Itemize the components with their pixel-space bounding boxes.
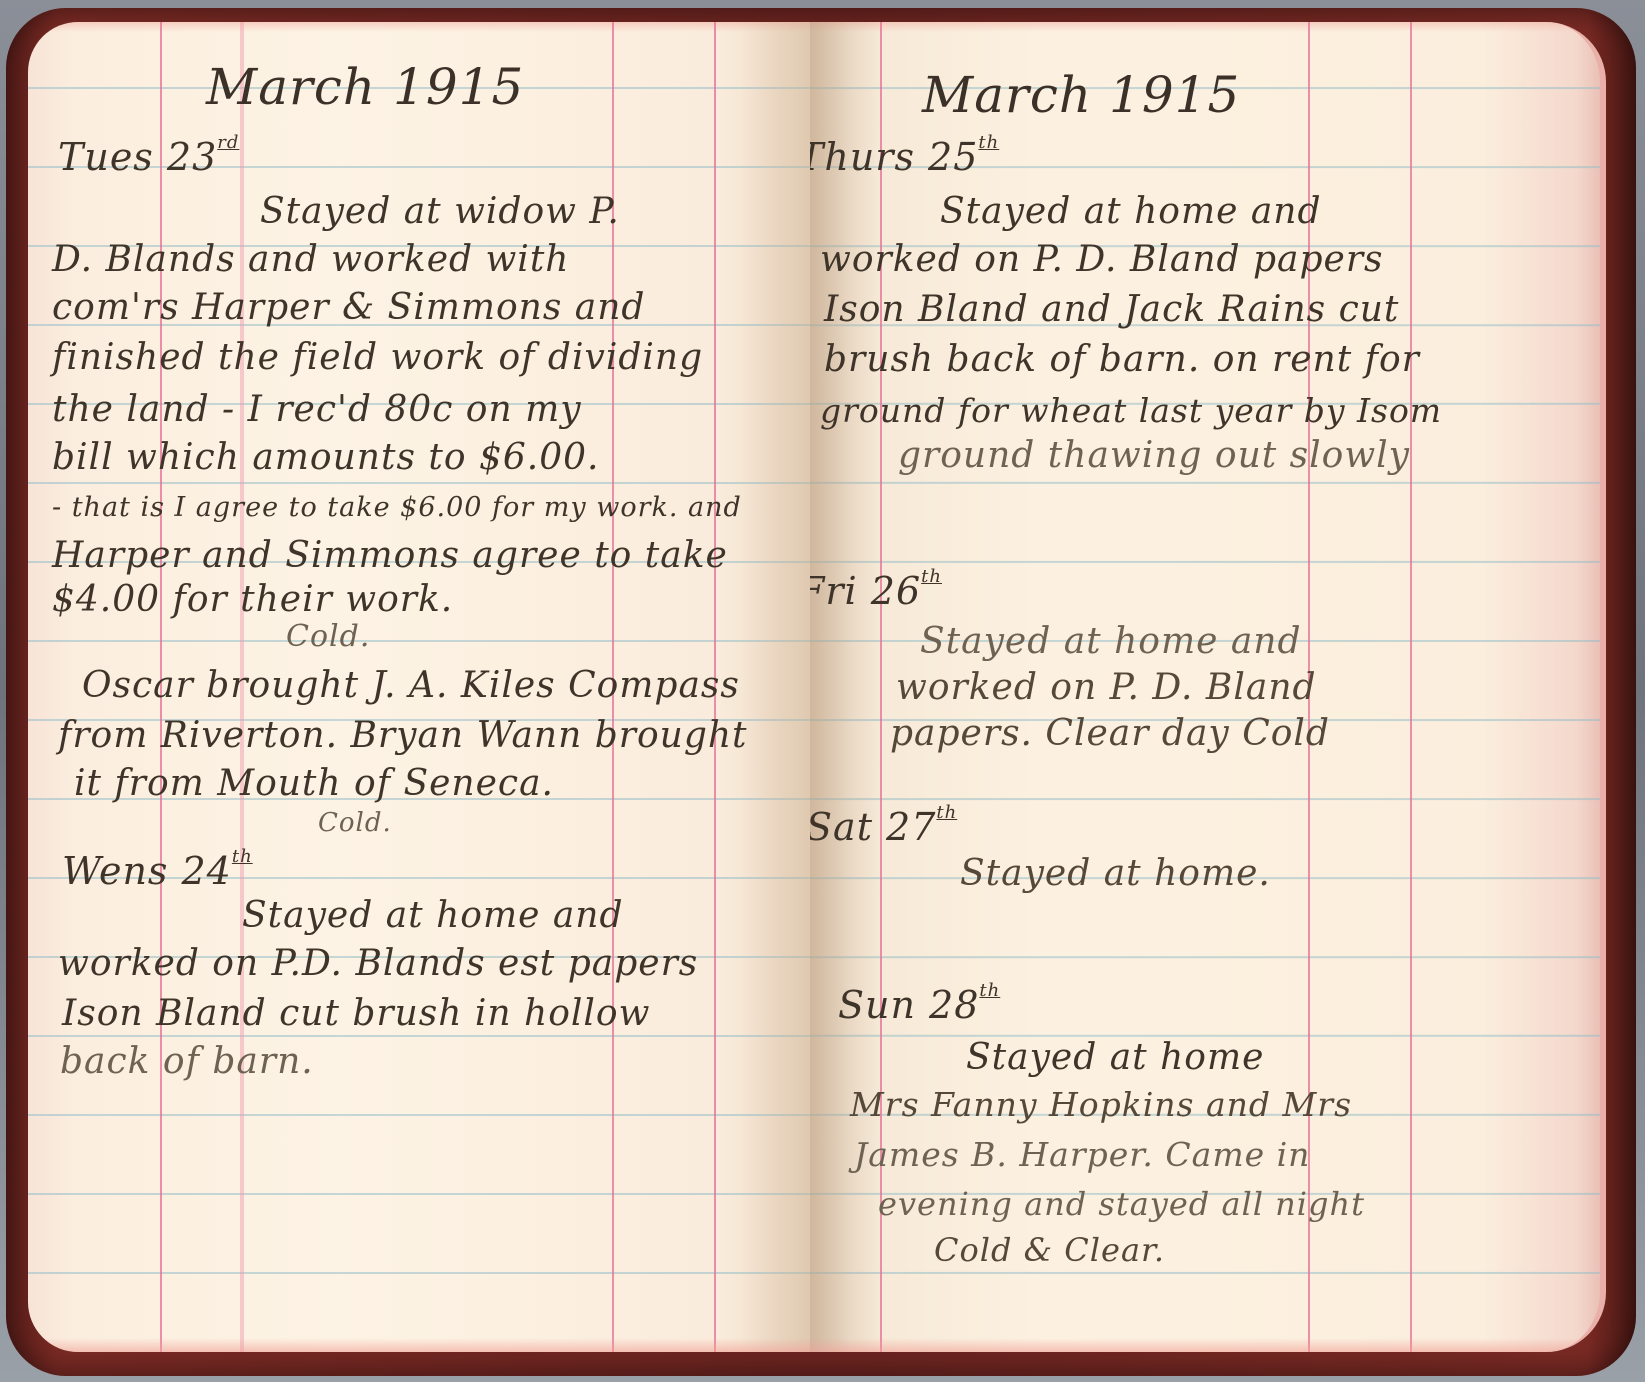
weather-note: Cold & Clear. [934, 1234, 1165, 1266]
entry-line: ground for wheat last year by Isom [820, 394, 1442, 427]
date-text: Sat 27 [810, 805, 936, 849]
entry-date-fri-26: Fri 26th [810, 568, 942, 610]
right-page: March 1915 Thurs 25th Stayed at home and… [810, 22, 1606, 1352]
entry-line: worked on P.D. Blands est papers [58, 946, 698, 982]
entry-line: Ison Bland cut brush in hollow [62, 996, 650, 1032]
column-line [1410, 22, 1412, 1352]
entry-line: papers. Clear day Cold [890, 716, 1330, 752]
entry-line: Ison Bland and Jack Rains cut [824, 292, 1399, 328]
page-edge-bottom [810, 1338, 1600, 1352]
gutter-shadow [740, 22, 810, 1352]
entry-date-sun-28: Sun 28th [838, 982, 1000, 1024]
entry-line: back of barn. [60, 1044, 314, 1080]
date-text: Wens 24 [62, 849, 232, 893]
entry-line: Stayed at widow P. [260, 194, 620, 230]
page-header-month: March 1915 [922, 70, 1240, 120]
entry-line: it from Mouth of Seneca. [74, 766, 554, 802]
date-suffix: th [232, 846, 253, 867]
entry-line: $4.00 for their work. [52, 582, 453, 618]
entry-line: James B. Harper. Came in [854, 1138, 1310, 1171]
date-text: Thurs 25 [810, 135, 978, 179]
entry-line: Stayed at home and [940, 194, 1322, 230]
page-edge-bottom [28, 1338, 810, 1352]
entry-date-thurs-25: Thurs 25th [810, 134, 999, 176]
left-page: March 1915 Tues 23rd Stayed at widow P. … [28, 22, 810, 1352]
date-text: Tues 23 [58, 135, 217, 179]
entry-line: the land - I rec'd 80c on my [52, 392, 582, 428]
entry-line: worked on P. D. Bland papers [820, 242, 1384, 278]
entry-line: Stayed at home and [920, 624, 1302, 660]
weather-note: Cold. [318, 810, 392, 836]
entry-date-sat-27: Sat 27th [810, 804, 957, 846]
weather-note: Cold. [286, 622, 370, 652]
entry-date-wens-24: Wens 24th [62, 848, 253, 890]
entry-line: - that is I agree to take $6.00 for my w… [52, 494, 742, 521]
entry-date-tues-23: Tues 23rd [58, 134, 239, 176]
entry-line: Stayed at home and [242, 898, 624, 934]
entry-line: Harper and Simmons agree to take [52, 538, 728, 574]
date-suffix: rd [217, 132, 239, 153]
entry-line: ground thawing out slowly [898, 438, 1410, 474]
date-suffix: th [921, 566, 942, 587]
entry-line: Stayed at home. [960, 856, 1271, 892]
entry-line: from Riverton. Bryan Wann brought [58, 718, 748, 754]
date-suffix: th [936, 802, 957, 823]
entry-line: brush back of barn. on rent for [824, 342, 1420, 378]
entry-line: finished the field work of dividing [52, 340, 703, 376]
entry-line: worked on P. D. Bland [896, 670, 1317, 706]
page-header-month: March 1915 [206, 62, 524, 112]
date-text: Fri 26 [810, 569, 921, 613]
page-edge-top [810, 22, 1600, 32]
date-suffix: th [979, 980, 1000, 1001]
entry-line: bill which amounts to $6.00. [52, 440, 599, 476]
page-edge-top [28, 22, 810, 32]
entry-line: evening and stayed all night [878, 1188, 1365, 1220]
entry-line: Stayed at home [966, 1040, 1264, 1076]
entry-line: Oscar brought J. A. Kiles Compass [82, 668, 740, 704]
entry-line: Mrs Fanny Hopkins and Mrs [850, 1088, 1352, 1121]
date-text: Sun 28 [838, 983, 979, 1027]
date-suffix: th [978, 132, 999, 153]
entry-line: D. Blands and worked with [52, 242, 569, 278]
entry-line: com'rs Harper & Simmons and [52, 290, 645, 326]
